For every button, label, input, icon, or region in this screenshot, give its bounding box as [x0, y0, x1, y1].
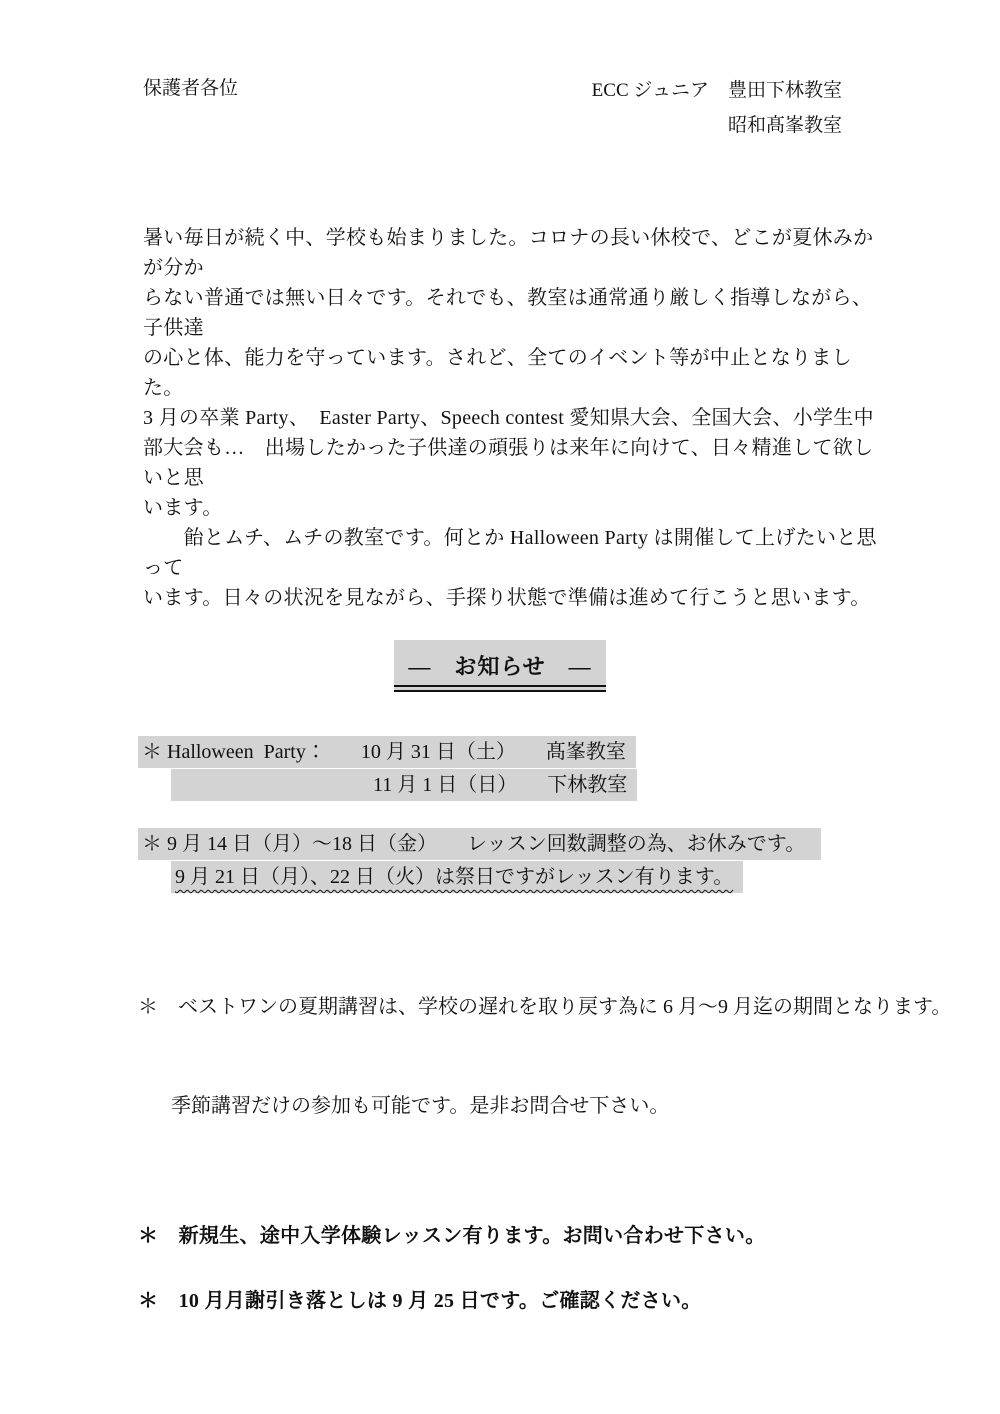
schedule-line1-highlight: ＊ 9 月 14 日（月）～18 日（金） レッスン回数調整の為、お休みです。 [138, 828, 821, 860]
halloween-line2-highlight: 11 月 1 日（日） 下林教室 [171, 769, 637, 801]
summer-course-line2: 季節講習だけの参加も可能です。是非お問合せ下さい。 [171, 1090, 1000, 1123]
notice-halloween-party: ＊ Halloween Party ： 10 月 31 日（土） 髙峯教室 11… [138, 736, 1000, 802]
notice-tuition-debit: ＊ 10 月月謝引き落としは 9 月 25 日です。ご確認ください。 [138, 1284, 1000, 1313]
notice-summer-course: ＊ ベストワンの夏期講習は、学校の遅れを取り戻す為に 6 月～9 月迄の期間とな… [138, 925, 1000, 1189]
halloween-row-2: 11 月 1 日（日） 下林教室 [138, 769, 1000, 802]
schedule-line2-highlight-wavy: 9 月 21 日（月）、22 日（火）は祭日ですがレッスン有ります。 [171, 861, 743, 893]
notice-trial-lesson: ＊ 新規生、途中入学体験レッスン有ります。お問い合わせ下さい。 [138, 1219, 1000, 1248]
halloween-row-1: ＊ Halloween Party ： 10 月 31 日（土） 髙峯教室 [138, 736, 1000, 769]
sender-classroom-line2: 昭和髙峯教室 [592, 108, 842, 143]
recipient-label: 保護者各位 [143, 73, 238, 100]
notice-list: ＊ Halloween Party ： 10 月 31 日（土） 髙峯教室 11… [138, 736, 1000, 1313]
notice-september-schedule: ＊ 9 月 14 日（月）～18 日（金） レッスン回数調整の為、お休みです。 … [138, 828, 1000, 894]
halloween-line1-highlight: ＊ Halloween Party ： 10 月 31 日（土） 髙峯教室 [138, 736, 636, 768]
intro-paragraph: 暑い毎日が続く中、学校も始まりました。コロナの長い休校で、どこが夏休みかが分か … [143, 223, 882, 613]
sender-classroom-line1: ECC ジュニア 豊田下林教室 [592, 73, 842, 108]
letter-header: 保護者各位 ECC ジュニア 豊田下林教室 昭和髙峯教室 [0, 0, 1000, 143]
summer-course-line1: ＊ ベストワンの夏期講習は、学校の遅れを取り戻す為に 6 月～9 月迄の期間とな… [138, 991, 1000, 1024]
document-page: 保護者各位 ECC ジュニア 豊田下林教室 昭和髙峯教室 暑い毎日が続く中、学校… [0, 0, 1000, 1414]
schedule-row-2: 9 月 21 日（月）、22 日（火）は祭日ですがレッスン有ります。 [138, 861, 1000, 894]
sender-block: ECC ジュニア 豊田下林教室 昭和髙峯教室 [592, 73, 842, 143]
notice-section-heading: ― お知らせ ― [394, 640, 605, 692]
schedule-row-1: ＊ 9 月 14 日（月）～18 日（金） レッスン回数調整の為、お休みです。 [138, 828, 1000, 861]
